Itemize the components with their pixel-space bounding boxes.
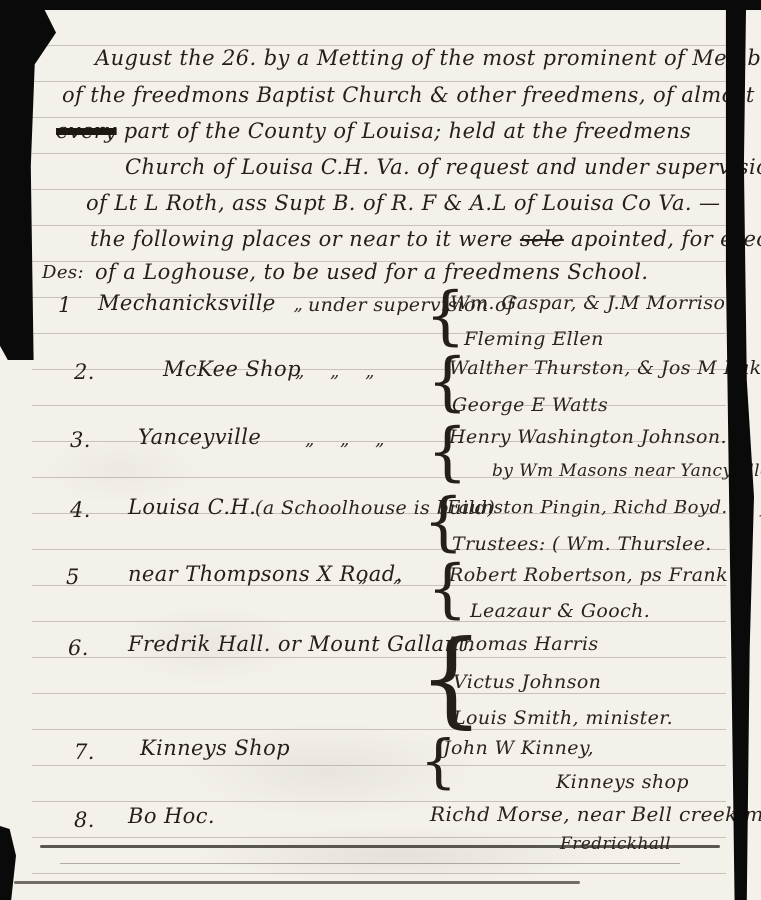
entry-8-name-1: Richd Morse, near Bell creek mine: [430, 802, 761, 826]
entry-4-name-2: Trustees: ( Wm. Thurslee.: [452, 533, 712, 555]
entry-2-name-1: Walther Thurston, & Jos M Baker: [449, 357, 761, 379]
paragraph-line-6a: the following places or near to it were: [90, 227, 513, 251]
paragraph-line-5: of Lt L Roth, ass Supt B. of R. F & A.L …: [86, 191, 720, 215]
entry-1-number: 1: [58, 293, 72, 317]
entry-1-name-1: Wm. Gaspar, & J.M Morrison: [450, 292, 738, 314]
entry-5-ditto: „ „: [358, 566, 412, 587]
margin-note: Des:: [42, 262, 84, 283]
entry-2-name-2: George E Watts: [452, 394, 608, 416]
entry-5-name-2: Leazaur & Gooch.: [470, 600, 650, 622]
entry-7-number: 7.: [74, 740, 95, 764]
entry-2-ditto: „ „ „: [295, 361, 384, 382]
entry-3-place: Yanceyville: [138, 425, 261, 449]
entry-6-name-2: Victus Johnson: [453, 671, 601, 693]
manuscript-page: August the 26. by a Metting of the most …: [0, 0, 761, 900]
entry-6-name-1: Thomas Harris: [450, 633, 599, 655]
entry-7-name-1: John W Kinney,: [443, 737, 594, 759]
paragraph-line-7: of a Loghouse, to be used for a freedmen…: [95, 260, 648, 284]
scribbled-word: every: [56, 119, 117, 143]
scan-edge-top: [0, 0, 761, 10]
paragraph-line-2: of the freedmons Baptist Church & other …: [62, 83, 755, 107]
bottom-rule-heavy-2: [14, 881, 580, 884]
entry-4-number: 4.: [70, 498, 91, 522]
paragraph-line-6: the following places or near to it were …: [90, 227, 761, 251]
entry-8-name-2: Fredrickhall: [560, 834, 671, 854]
entry-2-number: 2.: [74, 360, 95, 384]
entry-3-name-1: Henry Washington Johnson.: [449, 426, 727, 448]
entry-5-name-1: Robert Robertson, ps Frank: [449, 564, 728, 586]
paragraph-line-4: Church of Louisa C.H. Va. of request and…: [125, 155, 761, 179]
entry-3-name-2: by Wm Masons near Yancyville: [492, 461, 761, 481]
entry-1-name-2: Fleming Ellen: [464, 328, 604, 350]
entry-8-number: 8.: [74, 808, 95, 832]
paragraph-line-3-text: part of the County of Louisa; held at th…: [124, 119, 692, 143]
entry-3-number: 3.: [70, 428, 91, 452]
entry-1-place: Mechanicksville: [98, 291, 276, 315]
entry-2-place: McKee Shop: [163, 357, 301, 381]
paragraph-line-3: every part of the County of Louisa; held…: [56, 119, 691, 143]
entry-7-name-2: Kinneys shop: [556, 771, 689, 793]
bottom-rule-faint: [60, 863, 680, 864]
entry-7-place: Kinneys Shop: [140, 736, 290, 760]
entry-5-number: 5: [66, 565, 80, 589]
entry-6-name-3: Louis Smith, minister.: [453, 707, 673, 729]
entry-1-ditto: , „: [262, 294, 313, 315]
entry-4-name-1: Faunston Pingin, Richd Boyd. as f.: [447, 497, 761, 518]
entry-6-number: 6.: [68, 636, 89, 660]
paragraph-line-1: August the 26. by a Metting of the most …: [95, 46, 761, 70]
entry-4-place: Louisa C.H.: [128, 495, 256, 519]
entry-3-ditto: „ „ „: [305, 429, 394, 450]
entry-8-place: Bo Hoc.: [128, 804, 215, 828]
scan-edge-left-bottom: [0, 826, 16, 900]
struck-word: sele: [520, 227, 564, 251]
